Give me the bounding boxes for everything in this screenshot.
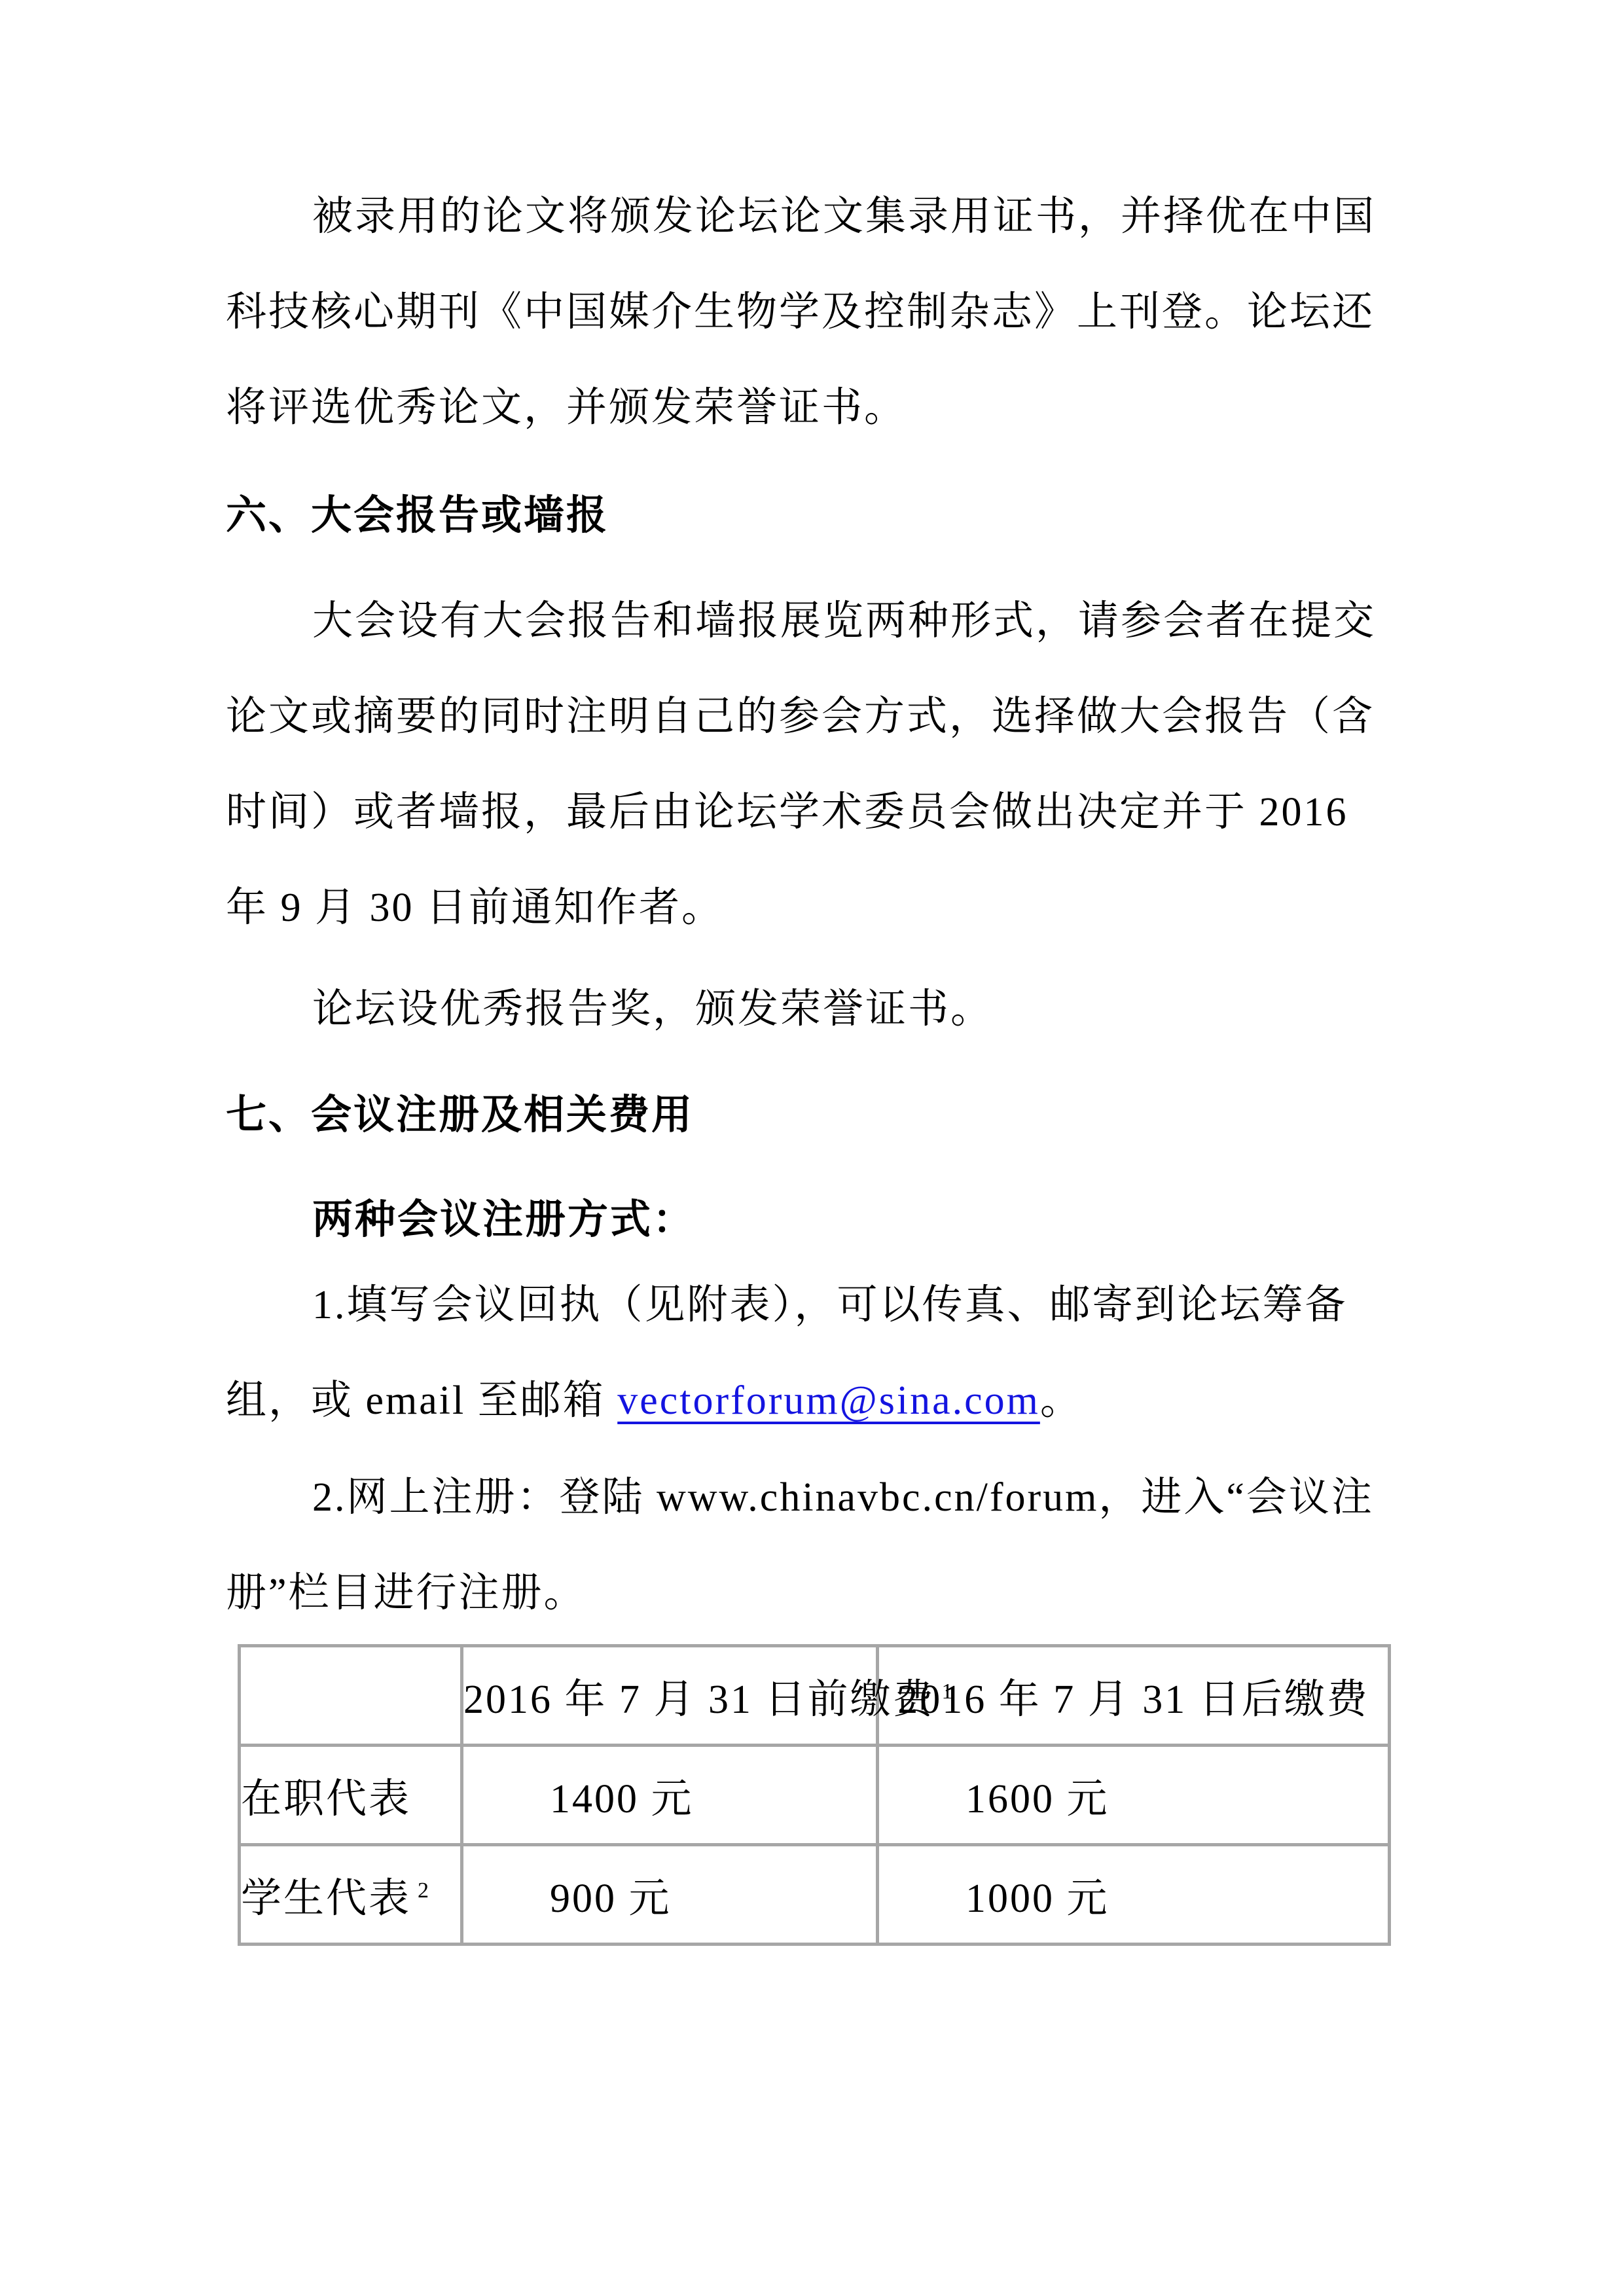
text-line: 大会设有大会报告和墙报展览两种形式，请参会者在提交	[226, 573, 1404, 669]
para-report-award: 论坛设优秀报告奖，颁发荣誉证书。	[226, 961, 1404, 1057]
document-page: 被录用的论文将颁发论坛论文集录用证书，并择优在中国 科技核心期刊《中国媒介生物学…	[0, 0, 1624, 2296]
heading-text: 七、会议注册及相关费用	[226, 1067, 1404, 1163]
fee-cell-after: 1000 元	[878, 1845, 1390, 1945]
para-report-or-poster: 大会设有大会报告和墙报展览两种形式，请参会者在提交 论文或摘要的同时注明自己的参…	[226, 573, 1404, 956]
header-cell-blank	[240, 1646, 462, 1746]
text-segment: 。	[1040, 1378, 1083, 1423]
para-registration-method-1: 1.填写会议回执（见附表），可以传真、邮寄到论坛筹备 组，或 email 至邮箱…	[226, 1257, 1404, 1448]
footnote-marker-2: 2	[418, 1878, 429, 1903]
text-line: 组，或 email 至邮箱 vectorforum@sina.com。	[226, 1353, 1404, 1448]
fees-table: 2016 年 7 月 31 日前缴费1 2016 年 7 月 31 日后缴费 在…	[238, 1644, 1391, 1946]
text-line: 册”栏目进行注册。	[226, 1545, 1404, 1641]
para-acceptance-notice: 被录用的论文将颁发论坛论文集录用证书，并择优在中国 科技核心期刊《中国媒介生物学…	[226, 169, 1404, 456]
subheading-text: 两种会议注册方式：	[226, 1172, 1404, 1268]
header-cell-before-deadline: 2016 年 7 月 31 日前缴费1	[462, 1646, 878, 1746]
para-registration-method-2: 2.网上注册：登陆 www.chinavbc.cn/forum，进入“会议注 册…	[226, 1450, 1404, 1641]
text-line: 论文或摘要的同时注明自己的参会方式，选择做大会报告（含	[226, 669, 1404, 764]
text-segment: 组，或 email 至邮箱	[226, 1378, 617, 1423]
text-line: 科技核心期刊《中国媒介生物学及控制杂志》上刊登。论坛还	[226, 264, 1404, 360]
section-6-heading: 六、大会报告或墙报	[226, 468, 1404, 564]
text-line: 1.填写会议回执（见附表），可以传真、邮寄到论坛筹备	[226, 1257, 1404, 1353]
fee-cell-before: 1400 元	[462, 1746, 878, 1845]
text-line: 时间）或者墙报，最后由论坛学术委员会做出决定并于 2016	[226, 764, 1404, 860]
category-text: 在职代表	[241, 1777, 411, 1821]
text-line: 将评选优秀论文，并颁发荣誉证书。	[226, 360, 1404, 456]
table-row-employed: 在职代表 1400 元 1600 元	[240, 1746, 1390, 1845]
category-text: 学生代表	[241, 1876, 411, 1921]
email-link[interactable]: vectorforum@sina.com	[617, 1378, 1040, 1423]
header-text: 2016 年 7 月 31 日前缴费	[463, 1677, 935, 1722]
table-header-row: 2016 年 7 月 31 日前缴费1 2016 年 7 月 31 日后缴费	[240, 1646, 1390, 1746]
fee-cell-after: 1600 元	[878, 1746, 1390, 1845]
text-line: 被录用的论文将颁发论坛论文集录用证书，并择优在中国	[226, 169, 1404, 264]
text-line: 年 9 月 30 日前通知作者。	[226, 860, 1404, 956]
heading-text: 六、大会报告或墙报	[226, 468, 1404, 564]
category-cell: 学生代表2	[240, 1845, 462, 1945]
header-cell-after-deadline: 2016 年 7 月 31 日后缴费	[878, 1646, 1390, 1746]
header-text: 2016 年 7 月 31 日后缴费	[897, 1677, 1369, 1722]
table-row-student: 学生代表2 900 元 1000 元	[240, 1845, 1390, 1945]
text-line: 论坛设优秀报告奖，颁发荣誉证书。	[226, 961, 1404, 1057]
fee-cell-before: 900 元	[462, 1845, 878, 1945]
subheading-registration-methods: 两种会议注册方式：	[226, 1172, 1404, 1268]
text-line: 2.网上注册：登陆 www.chinavbc.cn/forum，进入“会议注	[226, 1450, 1404, 1545]
section-7-heading: 七、会议注册及相关费用	[226, 1067, 1404, 1163]
category-cell: 在职代表	[240, 1746, 462, 1845]
